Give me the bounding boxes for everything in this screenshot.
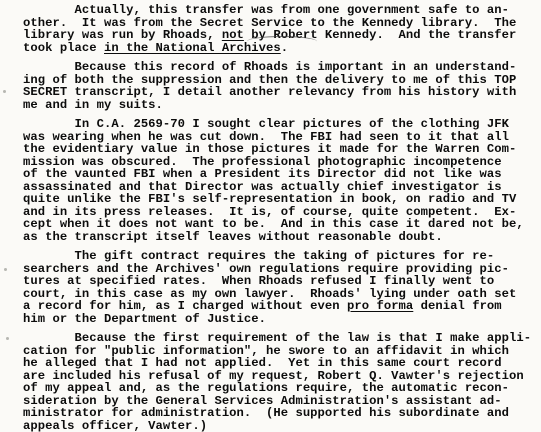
text-line: me and in my suits. bbox=[23, 99, 541, 112]
text-segment: denial from bbox=[413, 299, 501, 313]
scan-artifact-arc bbox=[247, 36, 317, 47]
scan-speck bbox=[6, 337, 9, 340]
text-line: him or the Department of Justice. bbox=[23, 313, 541, 326]
text-line: as the transcript itself leaves without … bbox=[23, 231, 541, 244]
paragraph: The gift contract requires the taking of… bbox=[23, 250, 541, 325]
paragraph: Because this record of Rhoads is importa… bbox=[23, 61, 541, 111]
text-segment: as the transcript itself leaves without … bbox=[23, 230, 443, 244]
underlined-text: pro forma bbox=[347, 299, 413, 313]
paragraph: Because the first requirement of the law… bbox=[23, 332, 541, 432]
document-page: Actually, this transfer was from one gov… bbox=[0, 0, 541, 432]
text-segment: him or the Department of Justice. bbox=[23, 312, 266, 326]
paragraph: In C.A. 2569-70 I sought clear pictures … bbox=[23, 118, 541, 243]
document-body: Actually, this transfer was from one gov… bbox=[23, 4, 541, 432]
text-segment: took place bbox=[23, 41, 104, 55]
scan-speck bbox=[4, 268, 7, 271]
text-segment: me and in my suits. bbox=[23, 98, 163, 112]
scan-speck bbox=[3, 90, 6, 93]
text-segment: appeals officer, Vawter.) bbox=[23, 419, 207, 432]
text-line: appeals officer, Vawter.) bbox=[23, 420, 541, 432]
